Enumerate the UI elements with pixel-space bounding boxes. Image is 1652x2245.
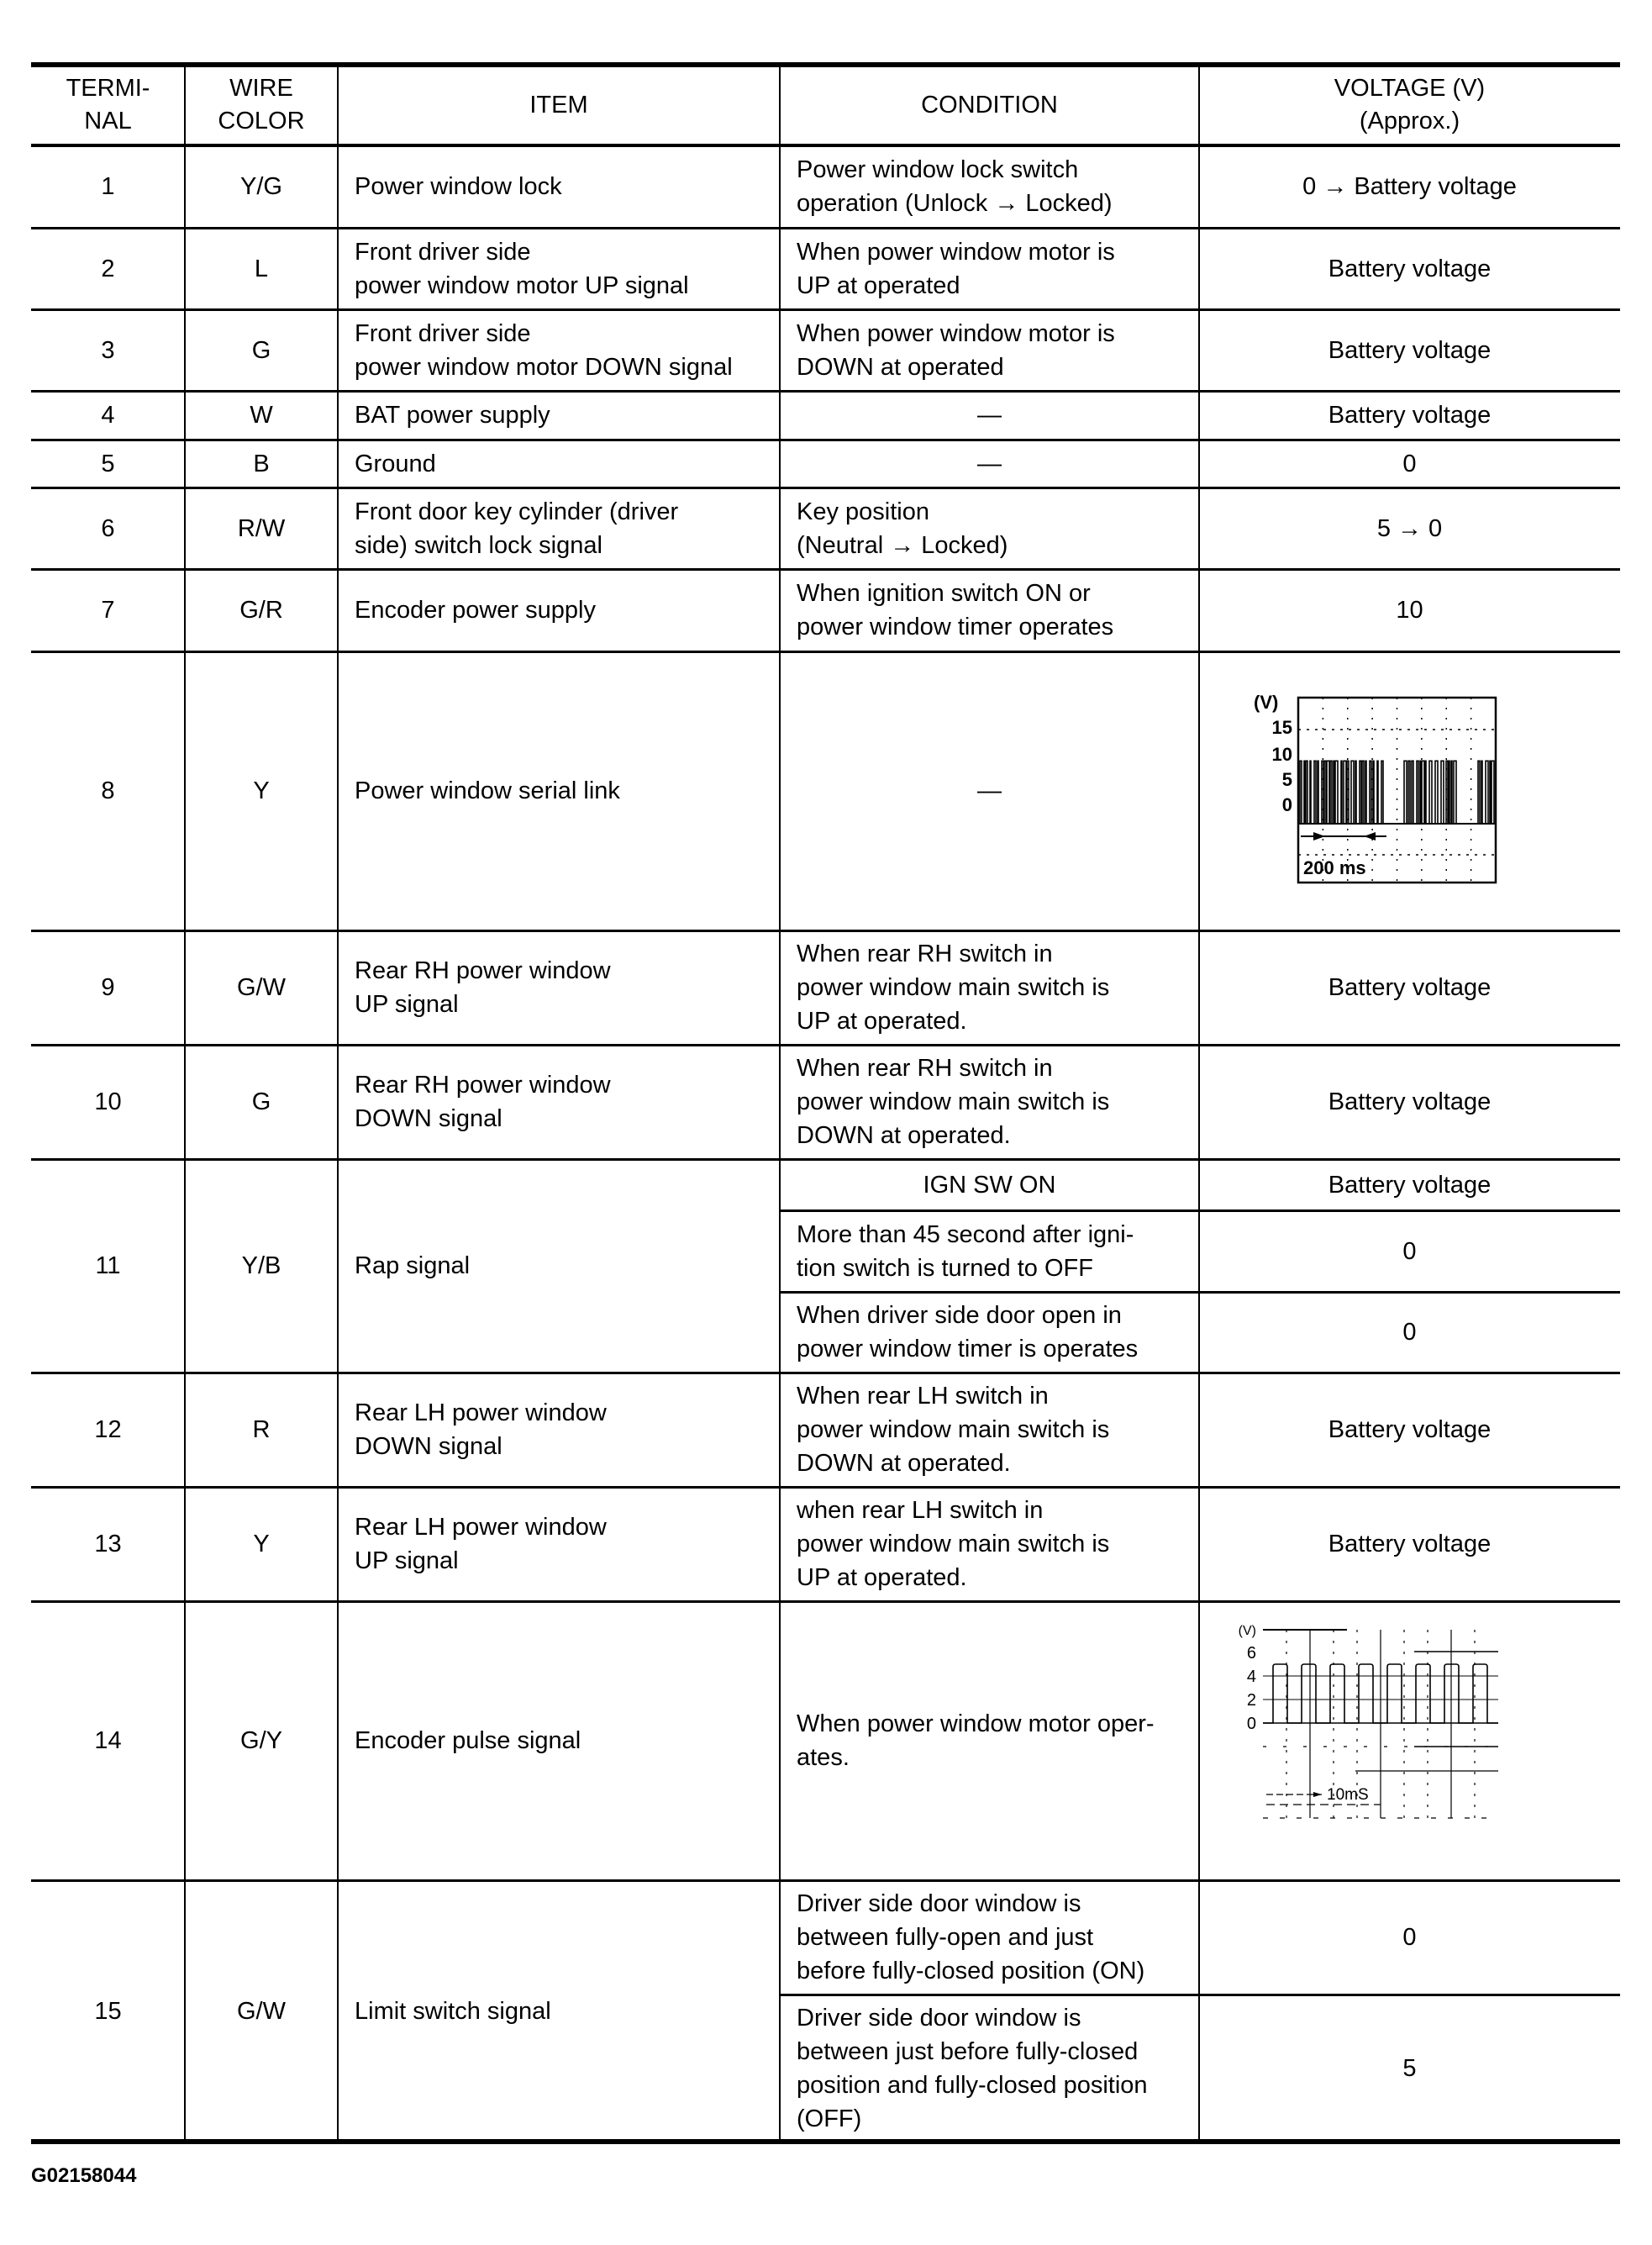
terminal-number: 9 — [31, 930, 185, 1045]
condition-text: When power window motor oper- ates. — [780, 1601, 1199, 1880]
item-description: Encoder pulse signal — [338, 1601, 780, 1880]
condition-text: When driver side door open in power wind… — [780, 1292, 1199, 1373]
condition-text: — — [780, 391, 1199, 440]
condition-text: More than 45 second after igni- tion swi… — [780, 1210, 1199, 1292]
terminal-number: 8 — [31, 651, 185, 930]
svg-text:(V): (V) — [1239, 1624, 1256, 1638]
condition-text: Driver side door window is between just … — [780, 1995, 1199, 2142]
wire-color: G/Y — [185, 1601, 338, 1880]
terminal-number: 10 — [31, 1045, 185, 1159]
voltage-value: Battery voltage — [1199, 1487, 1620, 1601]
wire-color: Y — [185, 1487, 338, 1601]
terminal-number: 14 — [31, 1601, 185, 1880]
condition-text: Power window lock switch operation (Unlo… — [780, 145, 1199, 228]
figure-code: G02158044 — [31, 2164, 136, 2188]
condition-text: When power window motor is DOWN at opera… — [780, 309, 1199, 391]
svg-text:0: 0 — [1247, 1715, 1256, 1733]
item-description: Ground — [338, 440, 780, 487]
wire-color: B — [185, 440, 338, 487]
header-terminal: TERMI- NAL — [31, 65, 185, 145]
voltage-value: 0 — [1199, 1210, 1620, 1292]
item-description: BAT power supply — [338, 391, 780, 440]
condition-text: — — [780, 651, 1199, 930]
serial-link-waveform: (V)151050200 ms — [1252, 685, 1504, 887]
terminal-number: 2 — [31, 228, 185, 309]
wire-color: R/W — [185, 487, 338, 569]
svg-text:0: 0 — [1282, 794, 1292, 815]
svg-text:6: 6 — [1247, 1644, 1256, 1663]
condition-text: When rear RH switch in power window main… — [780, 930, 1199, 1045]
condition-text: IGN SW ON — [780, 1159, 1199, 1210]
voltage-value: Battery voltage — [1199, 1045, 1620, 1159]
encoder-pulse-waveform: (V)642010mS — [1231, 1618, 1500, 1828]
condition-text: When power window motor is UP at operate… — [780, 228, 1199, 309]
header-voltage: VOLTAGE (V) (Approx.) — [1199, 65, 1620, 145]
voltage-value: Battery voltage — [1199, 1373, 1620, 1487]
condition-text: Driver side door window is between fully… — [780, 1880, 1199, 1995]
voltage-value: Battery voltage — [1199, 930, 1620, 1045]
terminal-number: 15 — [31, 1880, 185, 2142]
terminal-voltage-table: TERMI- NALWIRE COLORITEMCONDITIONVOLTAGE… — [0, 0, 1652, 2245]
voltage-value: 5 — [1199, 1995, 1620, 2142]
item-description: Rear RH power window UP signal — [338, 930, 780, 1045]
condition-text: When rear LH switch in power window main… — [780, 1373, 1199, 1487]
voltage-value: 0 — [1199, 1880, 1620, 1995]
item-description: Power window lock — [338, 145, 780, 228]
svg-text:2: 2 — [1247, 1691, 1256, 1710]
condition-text: When ignition switch ON or power window … — [780, 569, 1199, 651]
item-description: Front driver side power window motor DOW… — [338, 309, 780, 391]
terminal-number: 12 — [31, 1373, 185, 1487]
item-description: Front driver side power window motor UP … — [338, 228, 780, 309]
header-condition: CONDITION — [780, 65, 1199, 145]
item-description: Power window serial link — [338, 651, 780, 930]
voltage-value: 5 → 0 — [1199, 487, 1620, 569]
terminal-number: 5 — [31, 440, 185, 487]
wire-color: W — [185, 391, 338, 440]
svg-text:10: 10 — [1272, 744, 1292, 765]
wire-color: G/R — [185, 569, 338, 651]
header-wire-color: WIRE COLOR — [185, 65, 338, 145]
terminal-number: 4 — [31, 391, 185, 440]
voltage-value: Battery voltage — [1199, 228, 1620, 309]
wire-color: G/W — [185, 930, 338, 1045]
condition-text: — — [780, 440, 1199, 487]
terminal-number: 1 — [31, 145, 185, 228]
condition-text: Key position (Neutral → Locked) — [780, 487, 1199, 569]
item-description: Rear RH power window DOWN signal — [338, 1045, 780, 1159]
wire-color: L — [185, 228, 338, 309]
item-description: Limit switch signal — [338, 1880, 780, 2142]
wire-color: Y — [185, 651, 338, 930]
voltage-value: Battery voltage — [1199, 391, 1620, 440]
terminal-number: 13 — [31, 1487, 185, 1601]
item-description: Front door key cylinder (driver side) sw… — [338, 487, 780, 569]
svg-text:200 ms: 200 ms — [1303, 857, 1366, 878]
item-description: Rear LH power window UP signal — [338, 1487, 780, 1601]
condition-text: when rear LH switch in power window main… — [780, 1487, 1199, 1601]
wire-color: G — [185, 309, 338, 391]
item-description: Encoder power supply — [338, 569, 780, 651]
header-item: ITEM — [338, 65, 780, 145]
terminal-number: 3 — [31, 309, 185, 391]
voltage-value: 0 → Battery voltage — [1199, 145, 1620, 228]
wire-color: Y/B — [185, 1159, 338, 1373]
wire-color: G — [185, 1045, 338, 1159]
svg-text:4: 4 — [1247, 1668, 1256, 1686]
terminal-number: 6 — [31, 487, 185, 569]
terminal-number: 11 — [31, 1159, 185, 1373]
wire-color: Y/G — [185, 145, 338, 228]
svg-text:15: 15 — [1272, 717, 1292, 738]
voltage-value: Battery voltage — [1199, 309, 1620, 391]
condition-text: When rear RH switch in power window main… — [780, 1045, 1199, 1159]
item-description: Rap signal — [338, 1159, 780, 1373]
item-description: Rear LH power window DOWN signal — [338, 1373, 780, 1487]
svg-text:(V): (V) — [1254, 692, 1278, 713]
row-rule — [31, 2139, 1620, 2144]
voltage-value: 0 — [1199, 440, 1620, 487]
voltage-value: 10 — [1199, 569, 1620, 651]
voltage-value: Battery voltage — [1199, 1159, 1620, 1210]
voltage-value: 0 — [1199, 1292, 1620, 1373]
wire-color: R — [185, 1373, 338, 1487]
wire-color: G/W — [185, 1880, 338, 2142]
terminal-number: 7 — [31, 569, 185, 651]
svg-text:10mS: 10mS — [1327, 1786, 1369, 1804]
svg-text:5: 5 — [1282, 769, 1292, 790]
